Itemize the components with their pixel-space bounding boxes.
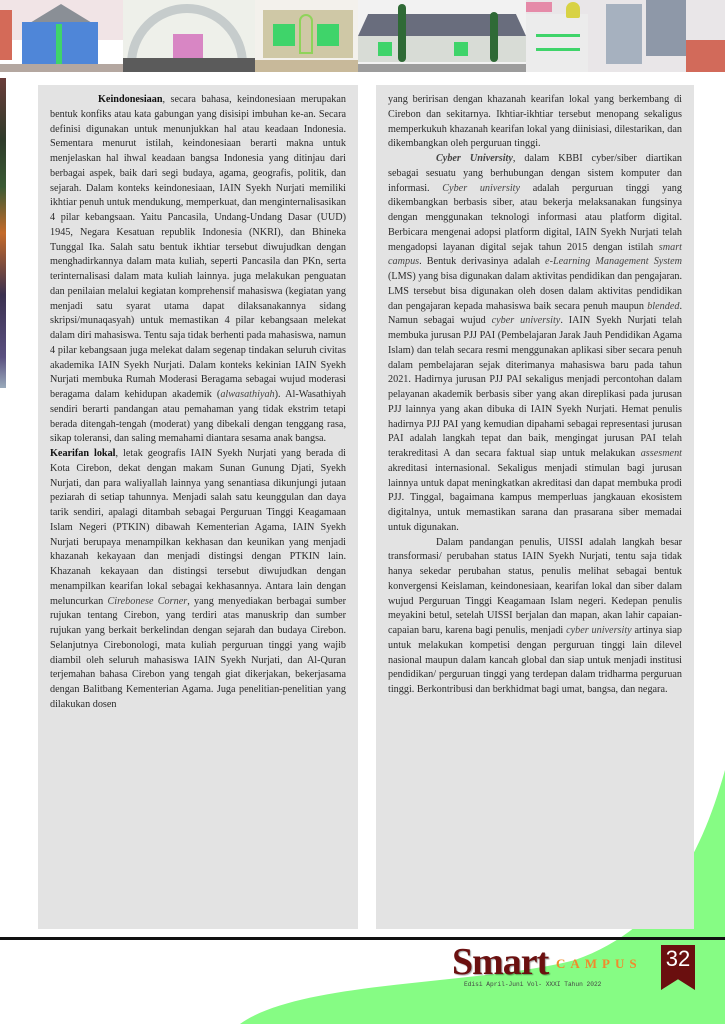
article-column-left: Keindonesiaan, secara bahasa, keindonesi… [38,85,358,929]
paragraph-keindonesiaan: Keindonesiaan, secara bahasa, keindonesi… [50,93,346,447]
paragraph-continuation: yang beririsan dengan khazanah kearifan … [388,93,682,152]
campus-photo-3 [255,0,358,72]
brand-smart-text: Smart [452,940,548,984]
header-photo-banner [0,0,725,72]
page-number: 32 [661,946,695,972]
term-keindonesiaan: Keindonesiaan [98,94,163,105]
campus-photo-5 [526,0,725,72]
paragraph-conclusion: Dalam pandangan penulis, UISSI adalah la… [388,536,682,698]
term-kearifan-lokal: Kearifan lokal [50,448,116,459]
page-number-bookmark-icon: 32 [661,945,695,990]
article-column-right: yang beririsan dengan khazanah kearifan … [376,85,694,929]
campus-photo-1 [0,0,123,72]
term-cyber-university: Cyber University [436,153,513,164]
smart-campus-logo: Smart CAMPUS Edisi April-Juni Vol- XXXI … [452,940,662,1000]
brand-campus-text: CAMPUS [556,956,642,972]
campus-photo-4 [358,0,526,72]
left-edge-photo-strip [0,78,6,388]
edition-text: Edisi April-Juni Vol- XXXI Tahun 2022 [464,981,601,988]
paragraph-cyber-university: Cyber University, dalam KBBI cyber/siber… [388,152,682,536]
campus-photo-2 [123,0,255,72]
paragraph-kearifan-lokal: Kearifan lokal, letak geografis IAIN Sye… [50,447,346,713]
